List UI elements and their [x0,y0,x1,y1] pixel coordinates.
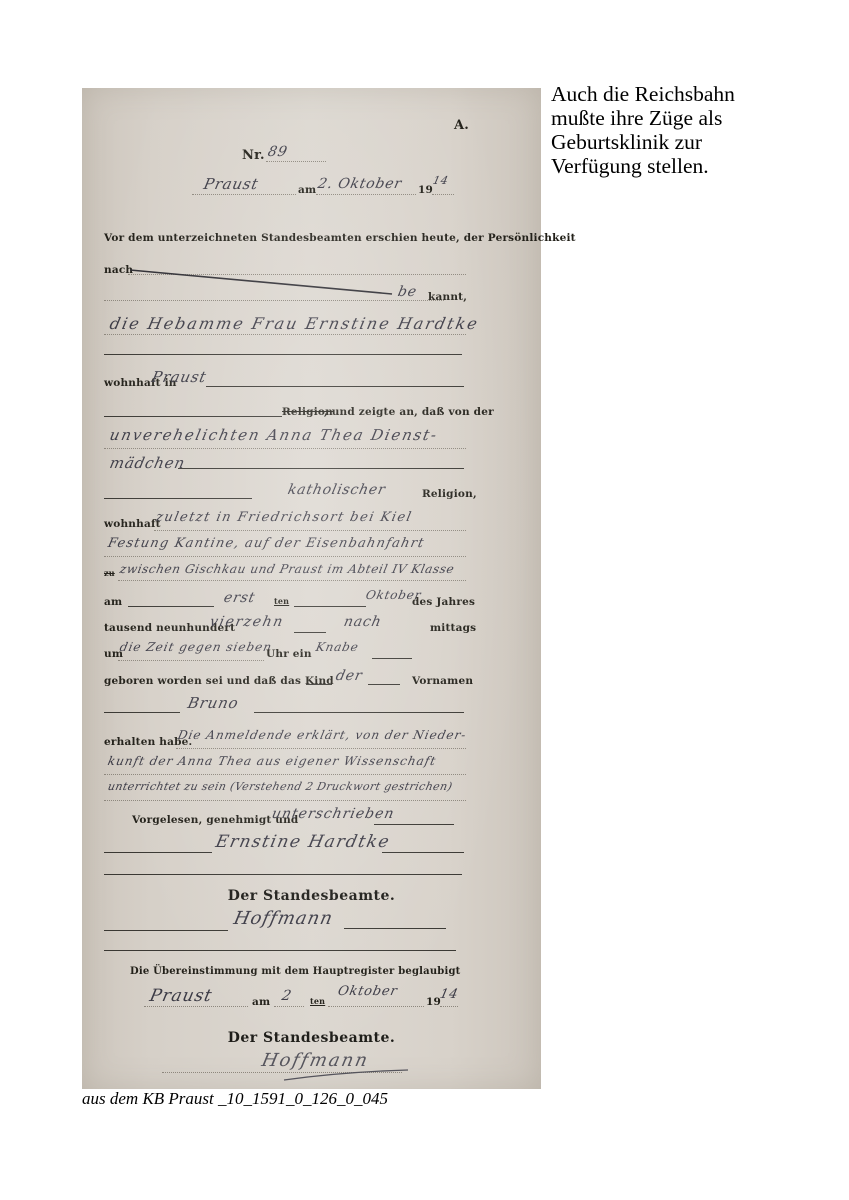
rule-line [104,950,456,951]
mother-wohnhaft-line-3: zwischen Gischkau und Praust im Abteil I… [119,562,456,576]
strike-line [130,268,410,298]
rule-line [254,712,464,713]
rule-line [128,606,214,607]
side-note-line: Geburtsklinik zur [551,130,811,154]
rule-line [104,874,462,875]
des-jahres-label: des Jahres [412,596,475,608]
rule-line [104,852,212,853]
informant-name: die Hebamme Frau Ernstine Hardtke [108,314,481,333]
rule-line [294,606,366,607]
rule-line [382,852,464,853]
rule-line [344,928,446,929]
uhr-label: Uhr ein [266,648,312,660]
bekannt-hand: be [396,284,418,300]
cert-day: 2 [280,988,293,1004]
dotted-line [104,774,466,775]
dotted-line [104,334,466,335]
mother-religion-label: Religion, [422,488,477,500]
rule-line [294,632,326,633]
birth-year-words: vierzehn [208,614,285,630]
wohnhaft-value: Praust [150,368,208,386]
unterschrieben-hand: unterschrieben [270,806,396,822]
mother-wohnhaft-line-2: Festung Kantine, auf der Eisenbahnfahrt [106,536,426,551]
dotted-line [440,1006,458,1007]
cert-place: Praust [148,986,214,1006]
year-suffix: 14 [432,174,450,187]
side-note-line: Auch die Reichsbahn [551,82,811,106]
dotted-line [328,1006,424,1007]
der-hand: der [334,668,364,684]
rule-line [104,712,180,713]
rule-line [104,416,282,417]
signature-flourish [282,1068,412,1084]
rule-line [374,824,454,825]
official-signature: Hoffmann [232,908,335,929]
rule-line [104,354,462,355]
mittags-label: mittags [430,622,476,634]
am-label: am [104,596,122,608]
note-line-1: Die Anmeldende erklärt, von der Nieder- [177,728,468,742]
geboren-label: geboren worden sei und daß das Kind [104,675,334,687]
nr-value: 89 [266,144,289,160]
mittags-hand: nach [342,614,383,630]
record-date: 2. Oktober [316,176,403,192]
dotted-line [104,556,466,557]
note-line-3: unterrichtet zu sein (Verstehend 2 Druck… [107,780,454,793]
rule-line [306,684,332,685]
dotted-line [104,448,466,449]
rule-line [104,930,228,931]
dotted-line [192,194,296,195]
birth-day: erst [222,590,256,606]
mother-religion: katholischer [286,482,387,498]
rule-line [104,498,252,499]
child-name: Bruno [186,694,240,712]
record-place: Praust [202,175,260,193]
dotted-line [176,748,466,749]
birth-record-scan: A. Nr. 89 Praust am 2. Oktober 19 14 Vor… [82,88,541,1089]
rule-line [372,658,412,659]
dotted-line [104,800,466,801]
cert-am-label: am [252,996,270,1008]
cert-month: Oktober [336,984,399,999]
dotted-line [316,194,416,195]
bekannt-label: kannt, [428,291,467,303]
rule-line [178,468,464,469]
side-note: Auch die Reichsbahn mußte ihre Züge als … [551,82,811,178]
child-sex: Knabe [315,640,361,654]
dotted-line [118,660,264,661]
dotted-line [274,1006,304,1007]
ten-label: ten [274,596,289,606]
dotted-line [118,580,466,581]
birth-time: die Zeit gegen sieben [119,640,274,654]
side-note-line: mußte ihre Züge als [551,106,811,130]
standesbeamte-heading: Der Standesbeamte. [82,888,541,904]
note-line-2: kunft der Anna Thea aus eigener Wissensc… [107,754,438,768]
mother-line-2: mädchen [108,454,187,472]
form-letter: A. [454,118,469,133]
zu-struck: zu [104,568,115,578]
mother-line-1: unverehelichten Anna Thea Dienst- [108,426,440,444]
nr-label: Nr. [242,148,265,163]
date-am-label: am [298,184,316,196]
vornamen-label: Vornamen [412,675,473,687]
dotted-line [154,530,466,531]
source-caption: aus dem KB Praust _10_1591_0_126_0_045 [82,1089,388,1109]
rule-line [206,386,464,387]
dotted-line [104,300,444,301]
dotted-line [144,1006,248,1007]
rule-line [368,684,400,685]
uebereinstimmung-text: Die Übereinstimmung mit dem Hauptregiste… [130,966,461,977]
mother-wohnhaft-label: wohnhaft [104,518,161,530]
informant-signature: Ernstine Hardtke [214,832,392,852]
dotted-line [266,161,326,162]
dotted-line [432,194,454,195]
standesbeamte-heading-2: Der Standesbeamte. [82,1030,541,1046]
cert-year-suffix: 14 [438,987,459,1002]
mother-wohnhaft-line-1: zuletzt in Friedrichsort bei Kiel [154,510,413,525]
intro-text: Vor dem unterzeichneten Standesbeamten e… [104,232,576,244]
side-note-line: Verfügung stellen. [551,154,811,178]
zeigte-an-text: , und zeigte an, daß von der [324,406,494,418]
cert-ten-label: ten [310,996,325,1006]
